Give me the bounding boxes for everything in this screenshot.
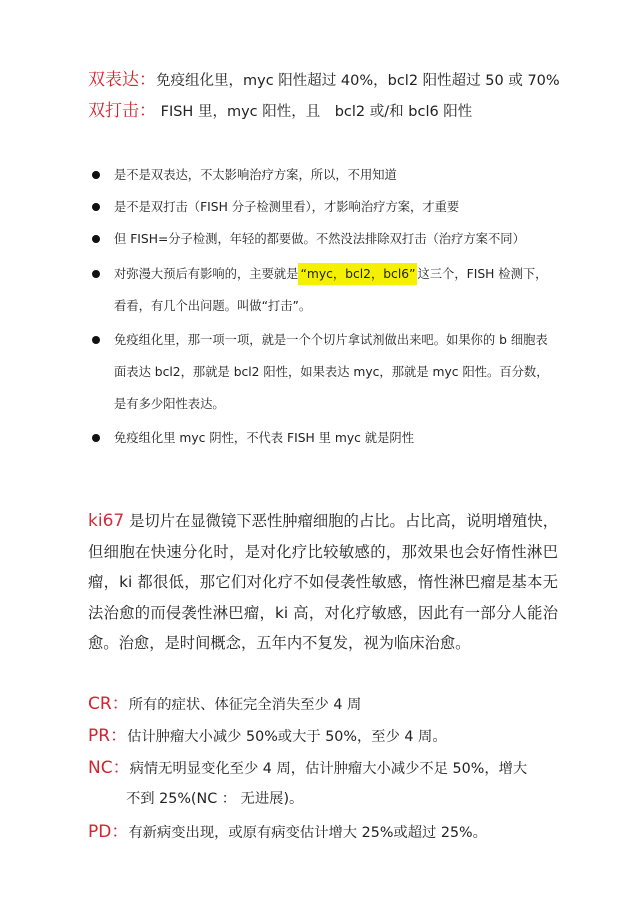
bullet-text: 免疫组化里，那一项一项，就是一个个切片拿试剂做出来吧。如果你的 b 细胞表面表达… [114,333,549,411]
bullet-text: 但 FISH=分子检测，年轻的都要做。不然没法排除双打击（治疗方案不同） [114,232,525,246]
response-term: CR [88,694,112,714]
response-nc: NC：病情无明显变化至少 4 周，估计肿瘤大小减少不足 50%，增大 不到 25… [88,754,563,815]
response-text: 估计肿瘤大小减少 50%或大于 50%，至少 4 周。 [127,729,447,745]
highlighted-genes: “myc，bcl2，bcl6” [298,263,417,285]
bullet-item: 但 FISH=分子检测，年轻的都要做。不然没法排除双打击（治疗方案不同） [88,226,558,252]
response-criteria-list: CR：所有的症状、体征完全消失至少 4 周 PR：估计肿瘤大小减少 50%或大于… [88,690,563,847]
definition-separator: ： [139,70,156,90]
response-text: 病情无明显变化至少 4 周，估计肿瘤大小减少不足 50%，增大 [130,761,528,777]
document-page: 双表达：免疫组化里，myc 阳性超过 40%，bcl2 阳性超过 50 或 70… [0,0,640,905]
definition-term: 双表达 [88,70,139,90]
bullet-dot-icon [92,171,100,179]
response-term: NC [88,758,113,778]
bullet-dot-icon [92,270,100,278]
definition-double-hit: 双打击： FISH 里，myc 阳性，且 bcl2 或/和 bcl6 阳性 [88,101,472,122]
bullet-dot-icon [92,336,100,344]
response-text: 有新病变出现，或原有病变估计增大 25%或超过 25%。 [128,825,487,841]
response-separator: ： [113,758,130,778]
definition-text: 免疫组化里，myc 阳性超过 40%，bcl2 阳性超过 50 或 70% [156,73,560,89]
response-term: PR [88,726,110,746]
bullet-dot-icon [92,203,100,211]
bullet-item: 是不是双表达，不太影响治疗方案，所以，不用知道 [88,162,558,188]
bullet-item: 对弥漫大预后有影响的，主要就是“myc，bcl2，bcl6”这三个，FISH 检… [88,258,558,322]
bullet-item: 是不是双打击（FISH 分子检测里看），才影响治疗方案，才重要 [88,194,558,220]
response-separator: ： [110,726,127,746]
bullet-item: 免疫组化里 myc 阴性，不代表 FISH 里 myc 就是阴性 [88,422,558,454]
bullet-text: 是不是双打击（FISH 分子检测里看），才影响治疗方案，才重要 [114,200,459,214]
definition-separator: ： [139,101,156,121]
response-continuation: 不到 25%(NC ： 无进展)。 [88,783,563,815]
bullet-item: 免疫组化里，那一项一项，就是一个个切片拿试剂做出来吧。如果你的 b 细胞表面表达… [88,324,558,420]
response-pd: PD：有新病变出现，或原有病变估计增大 25%或超过 25%。 [88,818,563,847]
ki67-text: 是切片在显微镜下恶性肿瘤细胞的占比。占比高，说明增殖快，但细胞在快速分化时，是对… [88,512,558,652]
definition-term: 双打击 [88,101,139,121]
bullet-text: 是不是双表达，不太影响治疗方案，所以，不用知道 [114,168,397,182]
ki67-paragraph: ki67 是切片在显微镜下恶性肿瘤细胞的占比。占比高，说明增殖快，但细胞在快速分… [88,506,558,659]
definition-double-expression: 双表达：免疫组化里，myc 阳性超过 40%，bcl2 阳性超过 50 或 70… [88,70,560,91]
response-separator: ： [111,822,128,842]
response-cr: CR：所有的症状、体征完全消失至少 4 周 [88,690,563,719]
definition-text: FISH 里，myc 阳性，且 bcl2 或/和 bcl6 阳性 [156,104,472,120]
response-separator: ： [112,694,129,714]
bullet-list: 是不是双表达，不太影响治疗方案，所以，不用知道 是不是双打击（FISH 分子检测… [88,162,558,454]
bullet-dot-icon [92,434,100,442]
ki67-term: ki67 [88,511,124,531]
bullet-text: 免疫组化里 myc 阴性，不代表 FISH 里 myc 就是阴性 [114,431,414,445]
response-term: PD [88,822,111,842]
response-pr: PR：估计肿瘤大小减少 50%或大于 50%，至少 4 周。 [88,722,563,751]
bullet-dot-icon [92,235,100,243]
bullet-text-before: 对弥漫大预后有影响的，主要就是 [114,267,298,281]
response-text: 所有的症状、体征完全消失至少 4 周 [129,697,362,713]
